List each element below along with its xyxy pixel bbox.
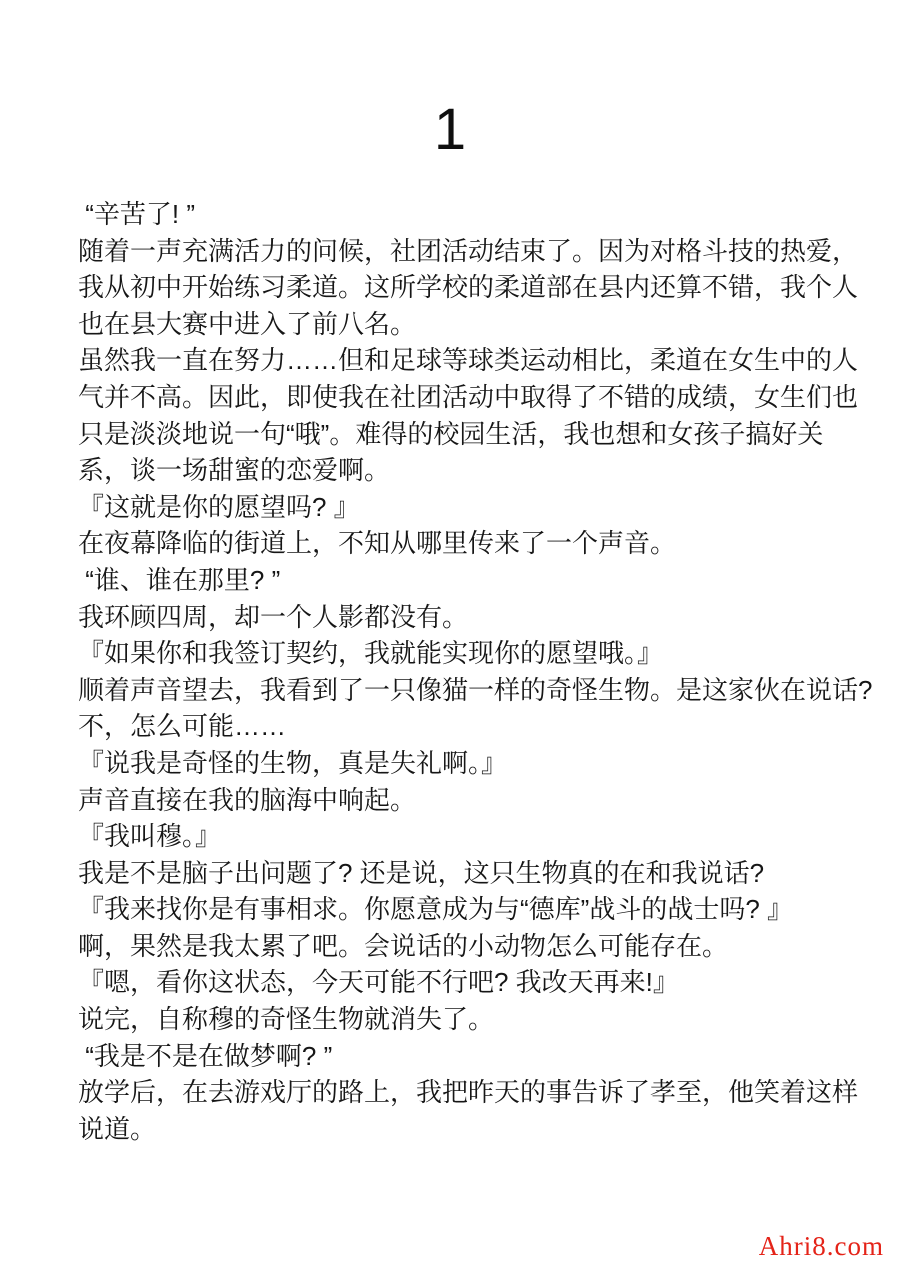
watermark-text: Ahri8.com — [759, 1231, 884, 1261]
text-line: 说完，自称穆的奇怪生物就消失了。 — [78, 1001, 878, 1038]
text-line: 『这就是你的愿望吗? 』 — [78, 489, 878, 526]
text-line: 我环顾四周，却一个人影都没有。 — [78, 599, 878, 636]
text-line: 『我叫穆。』 — [78, 818, 878, 855]
text-line: 『说我是奇怪的生物，真是失礼啊。』 — [78, 745, 878, 782]
text-line: 『如果你和我签订契约，我就能实现你的愿望哦。』 — [78, 635, 878, 672]
text-line: 啊，果然是我太累了吧。会说话的小动物怎么可能存在。 — [78, 928, 878, 965]
text-line: “我是不是在做梦啊? ” — [78, 1038, 878, 1075]
text-line: 也在县大赛中进入了前八名。 — [78, 306, 878, 343]
text-line: 说道。 — [78, 1111, 878, 1148]
text-line: 放学后，在去游戏厅的路上，我把昨天的事告诉了孝至，他笑着这样 — [78, 1074, 878, 1111]
text-line: 顺着声音望去，我看到了一只像猫一样的奇怪生物。是这家伙在说话? — [78, 672, 878, 709]
text-line: 系，谈一场甜蜜的恋爱啊。 — [78, 452, 878, 489]
text-line: 只是淡淡地说一句“哦”。难得的校园生活，我也想和女孩子搞好关 — [78, 416, 878, 453]
text-line: 声音直接在我的脑海中响起。 — [78, 782, 878, 819]
text-line: 在夜幕降临的街道上，不知从哪里传来了一个声音。 — [78, 525, 878, 562]
text-line: 『嗯，看你这状态，今天可能不行吧? 我改天再来!』 — [78, 964, 878, 1001]
chapter-number: 1 — [0, 100, 900, 160]
text-line: 虽然我一直在努力……但和足球等球类运动相比，柔道在女生中的人 — [78, 342, 878, 379]
text-line: “谁、谁在那里? ” — [78, 562, 878, 599]
novel-page: 1 “辛苦了! ” 随着一声充满活力的问候，社团活动结束了。因为对格斗技的热爱，… — [0, 0, 900, 1273]
text-line: 不，怎么可能…… — [78, 708, 878, 745]
text-line: 我是不是脑子出问题了? 还是说，这只生物真的在和我说话? — [78, 855, 878, 892]
text-line: 随着一声充满活力的问候，社团活动结束了。因为对格斗技的热爱， — [78, 233, 878, 270]
chapter-body: “辛苦了! ” 随着一声充满活力的问候，社团活动结束了。因为对格斗技的热爱， 我… — [78, 196, 878, 1147]
text-line: 我从初中开始练习柔道。这所学校的柔道部在县内还算不错，我个人 — [78, 269, 878, 306]
text-line: 『我来找你是有事相求。你愿意成为与“德库”战斗的战士吗? 』 — [78, 891, 878, 928]
text-line: 气并不高。因此，即使我在社团活动中取得了不错的成绩，女生们也 — [78, 379, 878, 416]
text-line: “辛苦了! ” — [78, 196, 878, 233]
